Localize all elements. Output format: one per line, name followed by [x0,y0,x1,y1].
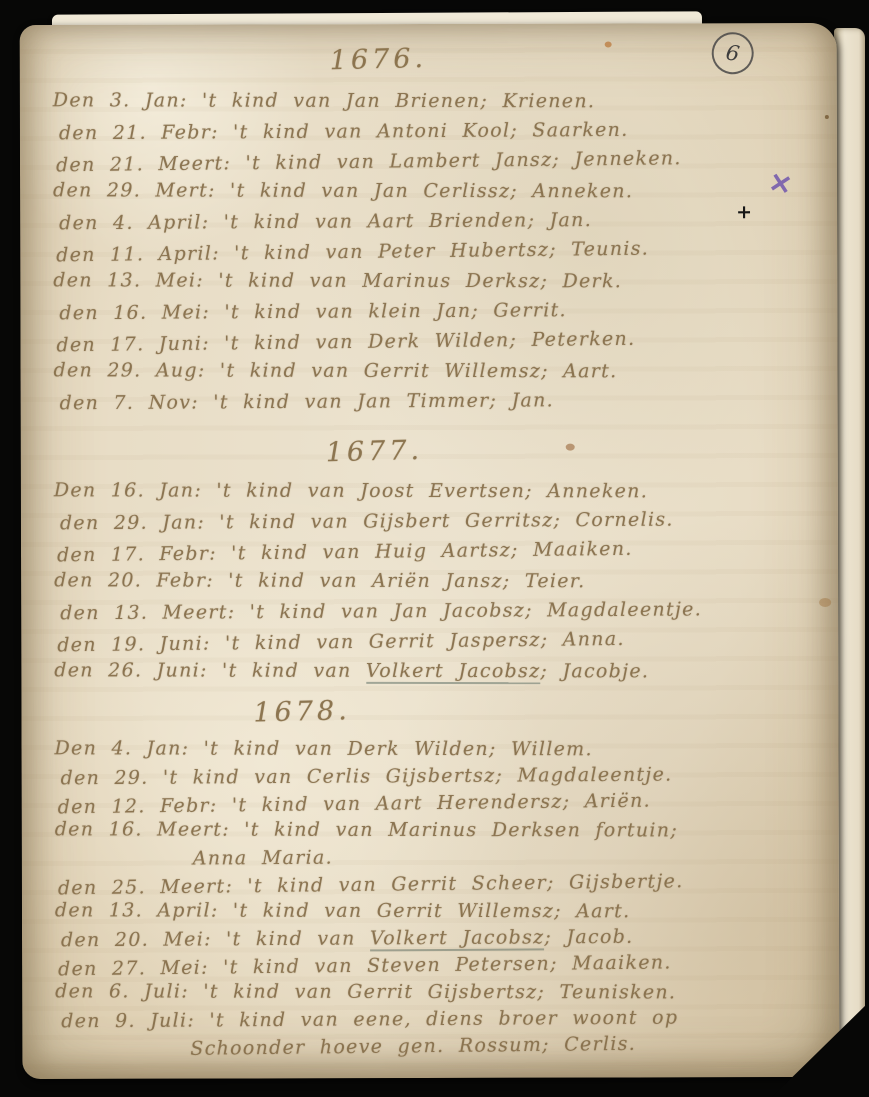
underlined-father-name: Volkert Jacobsz [366,660,541,684]
register-entry: den 16. Meert: 't kind van Marinus Derks… [55,816,825,844]
register-section-1678: Den 4. Jan: 't kind van Derk Wilden; Wil… [54,735,825,1061]
ink-stain [566,444,575,451]
register-entry: Den 3. Jan: 't kind van Jan Brienen; Kri… [53,85,823,116]
year-heading-1677: 1677. [325,435,423,468]
ink-stain [605,42,612,48]
register-entry: den 13. Mei: 't kind van Marinus Derksz;… [53,265,823,296]
entry-text: den 20. Mei: 't kind van [61,927,370,951]
manuscript-page: 6 ✕ + 1676. Den 3. Jan: 't kind van Jan … [20,23,840,1079]
register-section-1677: Den 16. Jan: 't kind van Joost Evertsen;… [54,475,825,687]
register-entry: den 20. Febr: 't kind van Ariën Jansz; T… [54,565,824,596]
register-entry: den 29. Mert: 't kind van Jan Cerlissz; … [53,175,823,206]
register-entry: den 7. Nov: 't kind van Jan Timmer; Jan. [60,384,824,419]
register-entry: Den 16. Jan: 't kind van Joost Evertsen;… [54,475,824,506]
underlined-father-name: Volkert Jacobsz [370,926,545,951]
register-entry: den 6. Juli: 't kind van Gerrit Gijsbert… [55,978,825,1006]
year-heading-1676: 1676. [329,43,427,76]
year-heading-1678: 1678. [253,695,351,728]
entry-text: ; Jacobje. [540,660,649,682]
page-number: 6 [709,29,757,77]
ink-stain [825,115,829,119]
entry-text: ; Jacob. [544,926,633,949]
register-section-1676: Den 3. Jan: 't kind van Jan Brienen; Kri… [53,85,824,417]
entry-text: den 26. Juni: 't kind van [54,659,366,682]
register-entry: Den 4. Jan: 't kind van Derk Wilden; Wil… [54,735,824,763]
register-entry: den 13. April: 't kind van Gerrit Willem… [55,897,825,925]
register-entry: den 26. Juni: 't kind van Volkert Jacobs… [54,655,824,686]
register-entry: den 29. Aug: 't kind van Gerrit Willemsz… [54,355,824,386]
